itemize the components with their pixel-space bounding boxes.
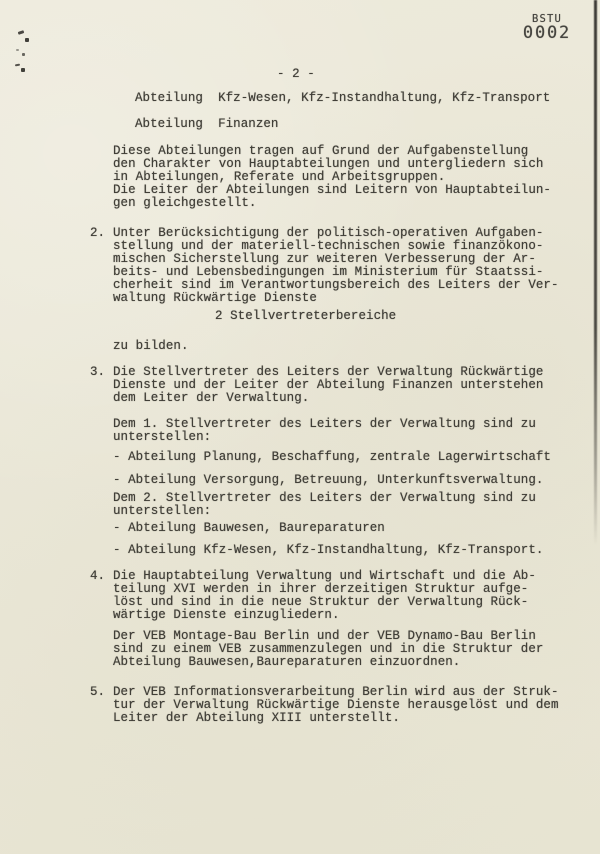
scanned-page: BSTU 0002 - 2 - Abteilung Kfz-Wesen, Kfz… bbox=[0, 0, 600, 854]
item-3-bullet-versorgung: - Abteilung Versorgung, Betreuung, Unter… bbox=[113, 474, 543, 487]
ink-speck bbox=[16, 49, 19, 51]
item-2-paragraph: Unter Berücksichtigung der politisch-ope… bbox=[113, 227, 559, 305]
item-2-number: 2. bbox=[90, 227, 108, 240]
item-3-bullet-bauwesen: - Abteilung Bauwesen, Baureparaturen bbox=[113, 522, 385, 535]
item-2-centered-line: 2 Stellvertreterbereiche bbox=[215, 310, 396, 323]
intro-paragraph: Diese Abteilungen tragen auf Grund der A… bbox=[113, 145, 551, 210]
item-4-paragraph: Die Hauptabteilung Verwaltung und Wirtsc… bbox=[113, 570, 536, 622]
item-4-number: 4. bbox=[90, 570, 108, 583]
item-5-number: 5. bbox=[90, 686, 108, 699]
bstu-stamp: BSTU 0002 bbox=[514, 13, 580, 42]
stamp-page-number: 0002 bbox=[514, 25, 580, 42]
scan-edge-shadow bbox=[594, 0, 597, 545]
item-2-closing: zu bilden. bbox=[113, 340, 189, 353]
ink-speck bbox=[18, 30, 25, 35]
ink-speck bbox=[22, 53, 25, 56]
item-3-number: 3. bbox=[90, 366, 108, 379]
item-3-sub2: Dem 2. Stellvertreter des Leiters der Ve… bbox=[113, 492, 536, 518]
ink-speck bbox=[25, 38, 29, 42]
page-number: - 2 - bbox=[277, 68, 315, 81]
item-3-paragraph: Die Stellvertreter des Leiters der Verwa… bbox=[113, 366, 543, 405]
heading-abteilung-finanzen: Abteilung Finanzen bbox=[135, 118, 278, 131]
item-4-sub-paragraph: Der VEB Montage-Bau Berlin und der VEB D… bbox=[113, 630, 543, 669]
item-3-bullet-planung: - Abteilung Planung, Beschaffung, zentra… bbox=[113, 451, 551, 464]
heading-abteilung-kfz: Abteilung Kfz-Wesen, Kfz-Instandhaltung,… bbox=[135, 92, 550, 105]
item-3-bullet-kfz: - Abteilung Kfz-Wesen, Kfz-Instandhaltun… bbox=[113, 544, 543, 557]
item-3-sub1: Dem 1. Stellvertreter des Leiters der Ve… bbox=[113, 418, 536, 444]
ink-speck bbox=[21, 68, 25, 72]
ink-speck bbox=[15, 64, 20, 67]
item-5-paragraph: Der VEB Informationsverarbeitung Berlin … bbox=[113, 686, 559, 725]
